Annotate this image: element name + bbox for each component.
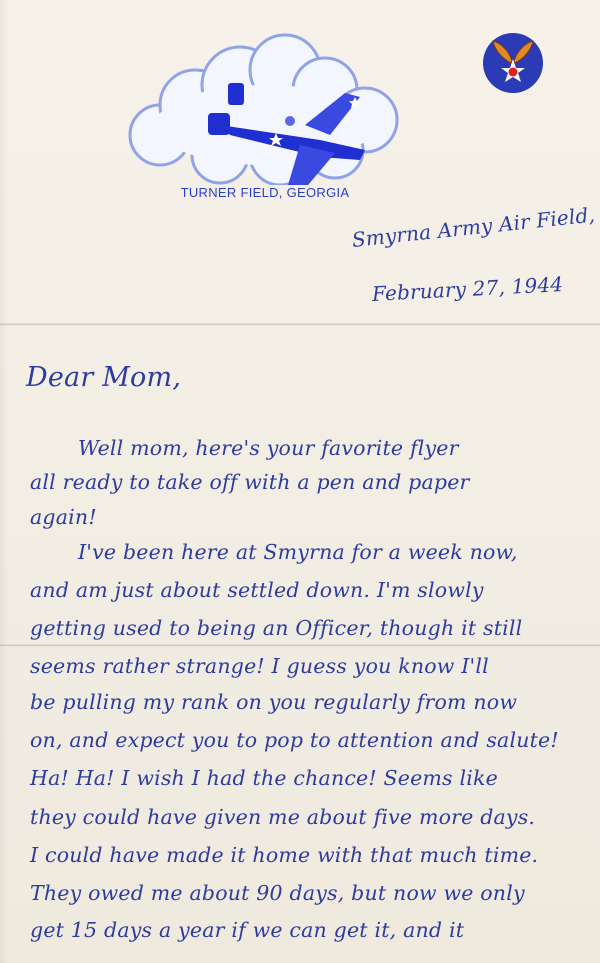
body-line: all ready to take off with a pen and pap… [30,470,470,494]
body-line: I could have made it home with that much… [30,843,538,867]
body-line: they could have given me about five more… [30,805,535,829]
letterhead-caption: TURNER FIELD, GEORGIA [120,185,410,200]
body-line: get 15 days a year if we can get it, and… [30,918,464,942]
fold-crease [0,323,600,326]
salutation: Dear Mom, [26,362,181,393]
letter-place: Smyrna Army Air Field, [351,203,596,252]
bomber-cloud-illustration [120,25,410,185]
fold-crease [0,644,600,647]
letterhead: TURNER FIELD, GEORGIA [120,25,400,205]
body-line: be pulling my rank on you regularly from… [30,690,517,714]
letter-page: TURNER FIELD, GEORGIA Smyrna Army Air Fi… [0,0,600,963]
body-line: I've been here at Smyrna for a week now, [78,540,518,564]
body-line: on, and expect you to pop to attention a… [30,728,559,752]
air-forces-insignia-icon [481,31,545,95]
body-line: Ha! Ha! I wish I had the chance! Seems l… [30,766,498,790]
letter-date: February 27, 1944 [371,272,563,306]
body-line: seems rather strange! I guess you know I… [30,654,489,678]
body-line: They owed me about 90 days, but now we o… [30,881,525,905]
body-line: getting used to being an Officer, though… [30,616,522,640]
body-line: and am just about settled down. I'm slow… [30,578,484,602]
body-line: Well mom, here's your favorite flyer [78,436,459,460]
body-line: again! [30,505,97,529]
